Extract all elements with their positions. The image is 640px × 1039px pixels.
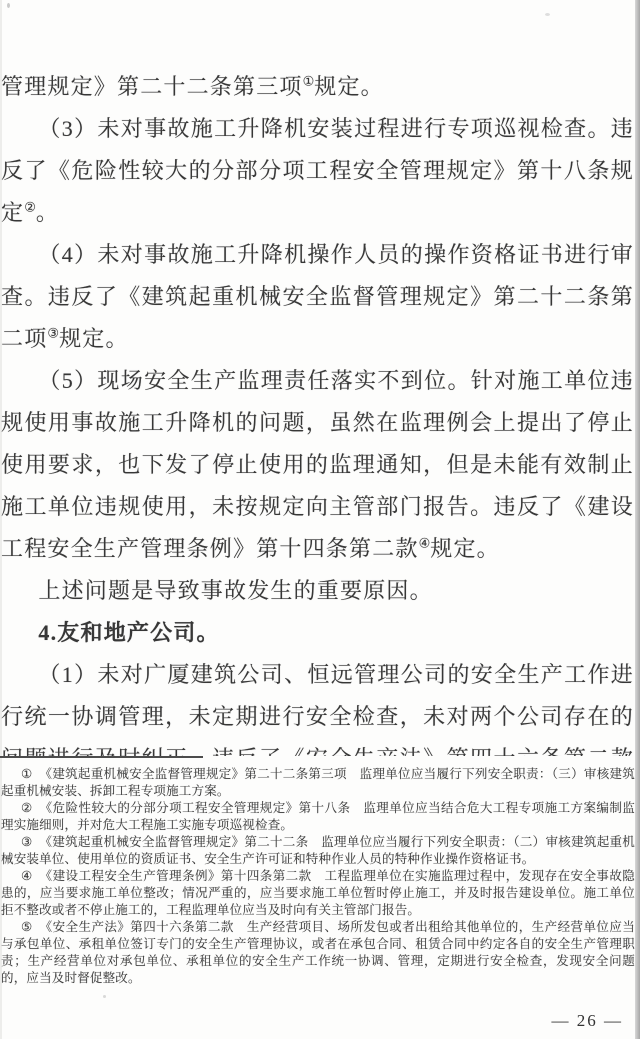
paragraph-text: 上述问题是导致事故发生的重要原因。 xyxy=(38,578,432,603)
footnote-text: 《建筑起重机械安全监督管理规定》第二十二条第三项 监理单位应当履行下列安全职责：… xyxy=(1,767,635,798)
page-number: — 26 — xyxy=(552,1011,624,1031)
footnote-text: 《建筑起重机械安全监督管理规定》第二十二条 监理单位应当履行下列安全职责：（二）… xyxy=(1,835,635,866)
paragraph-text: 规定。 xyxy=(430,536,500,561)
scan-artifact xyxy=(7,3,10,8)
paragraph-item-3: （3）未对事故施工升降机安装过程进行专项巡视检查。违反了《危险性较大的分部分项工… xyxy=(1,108,634,234)
paragraph-conclusion: 上述问题是导致事故发生的重要原因。 xyxy=(1,570,634,612)
section-heading-4: 4.友和地产公司。 xyxy=(1,612,634,654)
paragraph-text: 。 xyxy=(36,200,59,225)
paragraph-item-5: （5）现场安全生产监理责任落实不到位。针对施工单位违规使用事故施工升降机的问题，… xyxy=(1,360,634,570)
footnotes: ①《建筑起重机械安全监督管理规定》第二十二条第三项 监理单位应当履行下列安全职责… xyxy=(1,766,635,987)
footnote-ref-4: ④ xyxy=(419,536,431,551)
heading-text: 4.友和地产公司。 xyxy=(38,620,219,645)
paragraph-text: （5）现场安全生产监理责任落实不到位。针对施工单位违规使用事故施工升降机的问题，… xyxy=(1,368,634,561)
paragraph-item-1: （1）未对广厦建筑公司、恒远管理公司的安全生产工作进行统一协调管理，未定期进行安… xyxy=(1,654,634,756)
document-page: 管理规定》第二十二条第三项①规定。 （3）未对事故施工升降机安装过程进行专项巡视… xyxy=(0,0,640,1039)
footnote-separator xyxy=(0,756,203,758)
footnote-text: 《危险性较大的分部分项工程安全管理规定》第十八条 监理单位应当结合危大工程专项施… xyxy=(1,801,635,832)
footnote-marker: ④ xyxy=(21,869,33,883)
paragraph-text: 规定。 xyxy=(59,326,129,351)
scan-artifact xyxy=(545,13,550,16)
paragraph-text: （1）未对广厦建筑公司、恒远管理公司的安全生产工作进行统一协调管理，未定期进行安… xyxy=(1,662,634,756)
footnote-ref-2: ② xyxy=(24,200,36,215)
footnote-marker: ① xyxy=(21,767,33,781)
paragraph-text: 管理规定》第二十二条第三项 xyxy=(1,74,303,99)
paragraph-text: 规定。 xyxy=(314,74,384,99)
footnote-2: ②《危险性较大的分部分项工程安全管理规定》第十八条 监理单位应当结合危大工程专项… xyxy=(1,800,635,834)
footnote-ref-3: ③ xyxy=(47,326,59,341)
page-right-edge-shadow xyxy=(635,0,640,1039)
footnote-1: ①《建筑起重机械安全监督管理规定》第二十二条第三项 监理单位应当履行下列安全职责… xyxy=(1,766,635,800)
footnote-4: ④《建设工程安全生产管理条例》第十四条第二款 工程监理单位在实施监理过程中，发现… xyxy=(1,868,635,919)
footnote-marker: ⑤ xyxy=(21,920,33,934)
footnote-marker: ② xyxy=(21,801,33,815)
footnote-5: ⑤《安全生产法》第四十六条第二款 生产经营项目、场所发包或者出租给其他单位的，生… xyxy=(1,919,635,987)
document-body: 管理规定》第二十二条第三项①规定。 （3）未对事故施工升降机安装过程进行专项巡视… xyxy=(1,66,634,756)
scan-artifact xyxy=(103,995,106,998)
footnote-ref-1: ① xyxy=(303,74,315,89)
paragraph-text: （3）未对事故施工升降机安装过程进行专项巡视检查。违反了《危险性较大的分部分项工… xyxy=(1,116,634,225)
paragraph-continued: 管理规定》第二十二条第三项①规定。 xyxy=(1,66,634,108)
footnote-3: ③《建筑起重机械安全监督管理规定》第二十二条 监理单位应当履行下列安全职责：（二… xyxy=(1,834,635,868)
footnote-text: 《安全生产法》第四十六条第二款 生产经营项目、场所发包或者出租给其他单位的，生产… xyxy=(1,920,635,985)
paragraph-item-4: （4）未对事故施工升降机操作人员的操作资格证书进行审查。违反了《建筑起重机械安全… xyxy=(1,234,634,360)
footnote-marker: ③ xyxy=(21,835,33,849)
footnote-text: 《建设工程安全生产管理条例》第十四条第二款 工程监理单位在实施监理过程中，发现存… xyxy=(1,869,635,917)
